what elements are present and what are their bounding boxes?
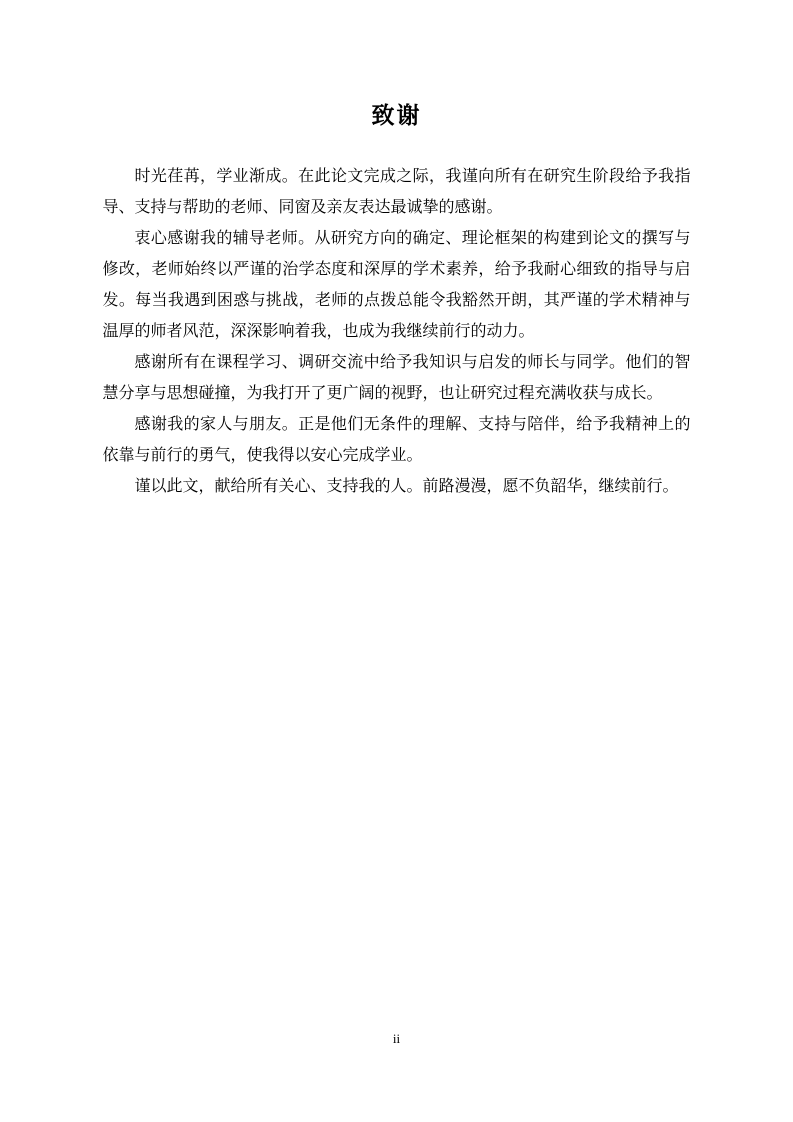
page-title: 致谢	[0, 0, 793, 130]
paragraph: 衷心感谢我的辅导老师。从研究方向的确定、理论框架的构建到论文的撰写与修改，老师始…	[103, 223, 691, 347]
paragraph: 感谢我的家人与朋友。正是他们无条件的理解、支持与陪伴，给予我精神上的依靠与前行的…	[103, 409, 691, 471]
document-page: 致谢 时光荏苒，学业渐成。在此论文完成之际，我谨向所有在研究生阶段给予我指导、支…	[0, 0, 793, 1122]
page-number: ii	[0, 1032, 793, 1046]
document-body: 时光荏苒，学业渐成。在此论文完成之际，我谨向所有在研究生阶段给予我指导、支持与帮…	[103, 161, 691, 502]
paragraph: 感谢所有在课程学习、调研交流中给予我知识与启发的师长与同学。他们的智慧分享与思想…	[103, 347, 691, 409]
paragraph: 时光荏苒，学业渐成。在此论文完成之际，我谨向所有在研究生阶段给予我指导、支持与帮…	[103, 161, 691, 223]
paragraph: 谨以此文，献给所有关心、支持我的人。前路漫漫，愿不负韶华，继续前行。	[103, 471, 691, 502]
